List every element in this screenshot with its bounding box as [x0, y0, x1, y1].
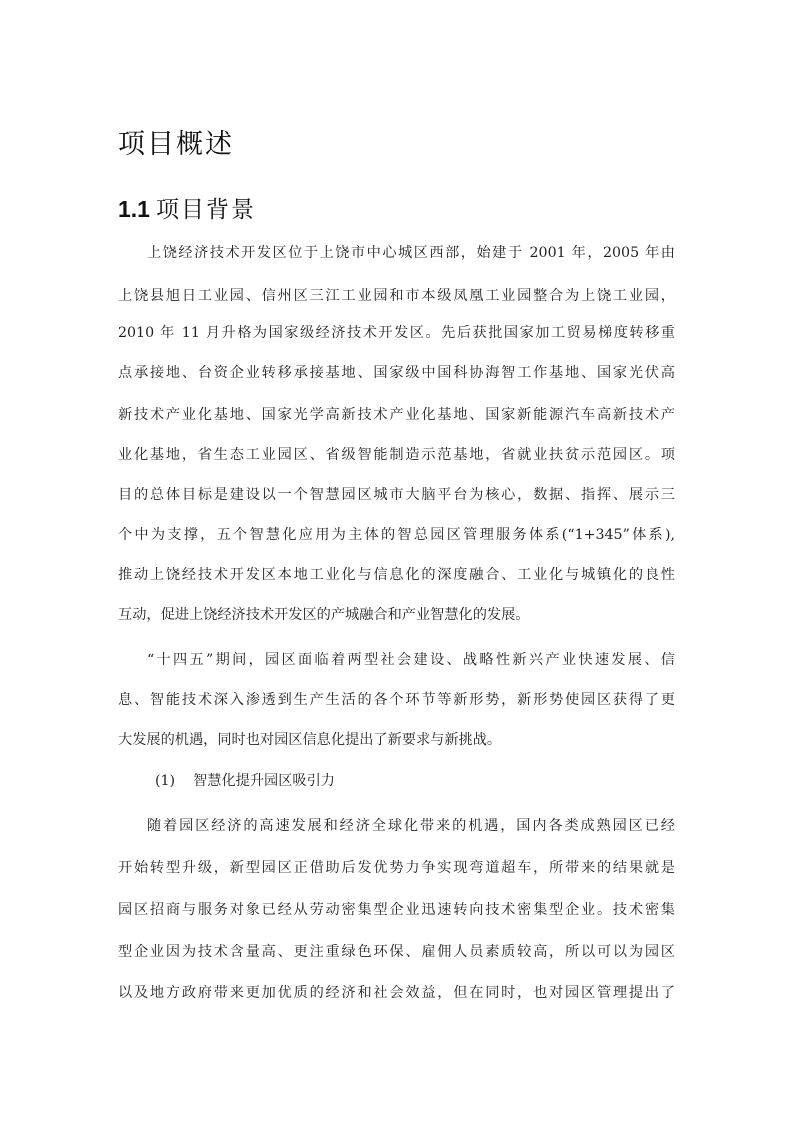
paragraph-1-line: 推动上饶经技术开发区本地工业化与信息化的深度融合、工业化与城镇化的良性 — [118, 564, 675, 586]
paragraph-1-line: 2010 年 11 月升格为国家级经济技术开发区。先后获批国家加工贸易梯度转移重 — [118, 322, 675, 344]
paragraph-3-line: 随着园区经济的高速发展和经济全球化带来的机遇，国内各类成熟园区已经 — [147, 815, 675, 837]
paragraph-2-line: 大发展的机遇，同时也对园区信息化提出了新要求与新挑战。 — [118, 729, 675, 751]
paragraph-1-line: 互动，促进上饶经济技术开发区的产城融合和产业智慧化的发展。 — [118, 604, 675, 626]
paragraph-1-line: 上饶经济技术开发区位于上饶市中心城区西部，始建于 2001 年，2005 年由 — [147, 242, 675, 264]
paragraph-1-line: 点承接地、台资企业转移承接基地、国家级中国科协海智工作基地、国家光伏高 — [118, 362, 675, 384]
paragraph-3-line: 型企业因为技术含量高、更注重绿色环保、雇佣人员素质较高，所以可以为园区 — [118, 941, 675, 963]
paragraph-2-line: 息、智能技术深入渗透到生产生活的各个环节等新形势，新形势使园区获得了更 — [118, 689, 675, 711]
paragraph-3-line: 以及地方政府带来更加优质的经济和社会效益，但在同时，也对园区管理提出了 — [118, 982, 675, 1004]
paragraph-1-line: 个中为支撑，五个智慧化应用为主体的智总园区管理服务体系(“1+345”体系), — [118, 524, 675, 546]
paragraph-1-line: 业化基地，省生态工业园区、省级智能制造示范基地，省就业扶贫示范园区。项 — [118, 444, 675, 466]
list-item-marker: (1) — [155, 773, 175, 789]
document-page: 项目概述 1.1项目背景 上饶经济技术开发区位于上饶市中心城区西部，始建于 20… — [0, 0, 793, 1122]
list-item-text: 智慧化提升园区吸引力 — [193, 773, 335, 789]
section-number: 1.1 — [118, 196, 150, 222]
section-heading: 1.1项目背景 — [118, 191, 256, 224]
list-item: (1)智慧化提升园区吸引力 — [155, 770, 335, 792]
paragraph-1-line: 上饶县旭日工业园、信州区三江工业园和市本级凤凰工业园整合为上饶工业园， — [118, 285, 675, 307]
paragraph-1-line: 新技术产业化基地、国家光学高新技术产业化基地、国家新能源汽车高新技术产 — [118, 404, 675, 426]
paragraph-3-line: 开始转型升级，新型园区正借助后发优势力争实现弯道超车，所带来的结果就是 — [118, 857, 675, 879]
paragraph-1-line: 目的总体目标是建设以一个智慧园区城市大脑平台为核心，数据、指挥、展示三 — [118, 484, 675, 506]
section-title: 项目背景 — [156, 197, 256, 223]
document-title: 项目概述 — [118, 122, 234, 161]
paragraph-3-line: 园区招商与服务对象已经从劳动密集型企业迅速转向技术密集型企业。技术密集 — [118, 899, 675, 921]
paragraph-2-line: “十四五”期间，园区面临着两型社会建设、战略性新兴产业快速发展、信 — [147, 649, 675, 671]
